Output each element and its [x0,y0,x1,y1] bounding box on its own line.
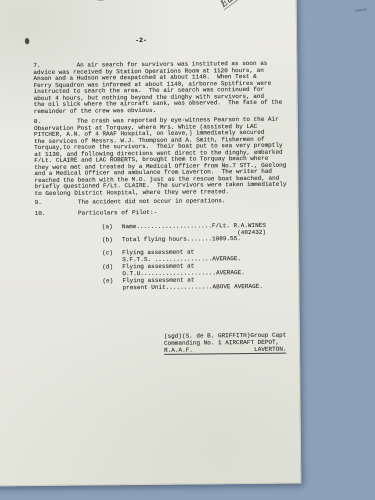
signature-block: (sgd)(S. de B. GRIFFITH)Group Capt Comma… [164,332,287,355]
paragraph-text: An air search for survivors was institut… [33,61,282,115]
paragraph-8: 8. The crash was reported by eye-witness… [34,117,287,197]
page-number: -2- [128,38,154,45]
paragraph-text: The accident did not occur in operations… [35,198,226,206]
item-tag: (b) [102,236,113,243]
item-tag: (a) [102,223,113,230]
paragraph-9: 9. The accident did not occur in operati… [35,198,226,206]
item-text: Total flying hours.......1089.55. [122,235,241,243]
paragraph-text: The crash was reported by eye-witness Pe… [34,117,287,197]
signature-line-3: R.A.A.F. LAVERTON. [164,346,286,355]
item-tag: (c) [102,249,113,256]
paragraph-10: 10. Particulars of Pilot:- [35,210,157,218]
pencil-dash [355,8,367,11]
item-text: Flying assessment at S.F.T.S. ..........… [122,248,241,263]
item-tag: (d) [102,263,113,270]
document-page: Eualge -2- 7. An air search for survivor… [0,0,301,486]
scanned-document-photo: Eualge -2- 7. An air search for survivor… [0,0,375,500]
background-object-corner [87,0,115,1]
paragraph-7: 7. An air search for survivors was insti… [33,61,282,115]
item-text: Flying assessment at present Unit.......… [122,276,263,291]
ink-mark [25,38,29,44]
handwritten-note: Eualge [220,0,253,10]
item-text: Flying assessment at O.T.U..............… [122,262,245,277]
item-tag: (e) [102,277,113,284]
paragraph-text: Particulars of Pilot:- [35,210,157,218]
